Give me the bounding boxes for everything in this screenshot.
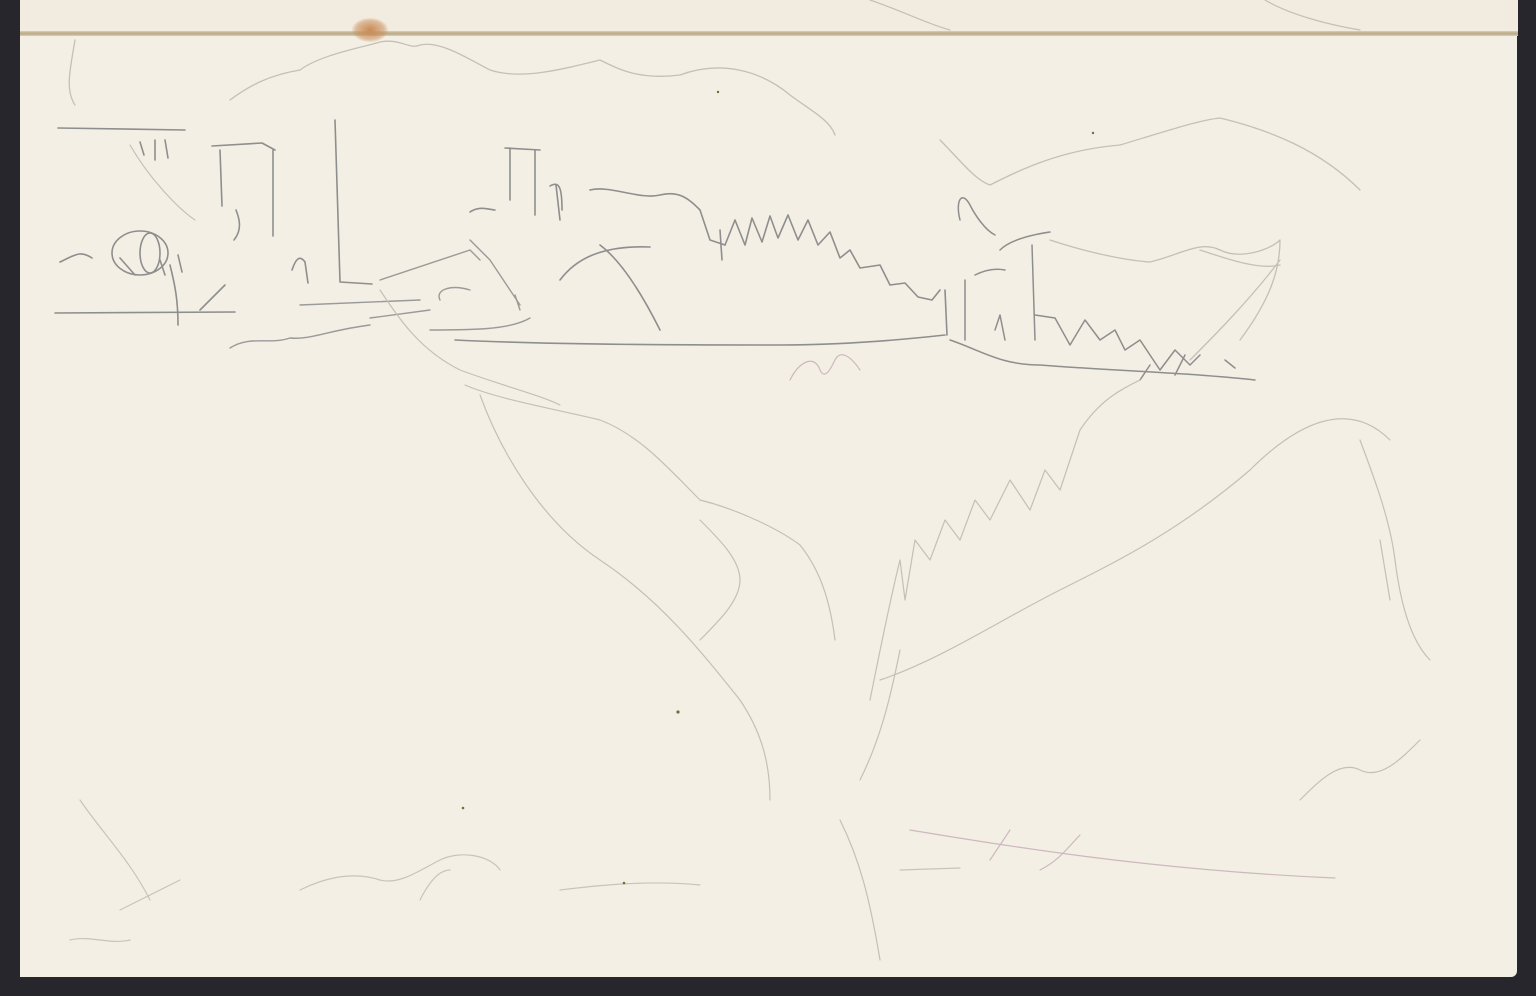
paper-specks <box>462 91 1095 885</box>
pencil-sketch <box>0 0 1536 996</box>
foreground-scribbles <box>790 355 1335 878</box>
town-center <box>455 148 947 345</box>
valley-lines <box>380 290 1430 960</box>
bottom-marks <box>70 800 960 941</box>
buildings-left <box>55 120 372 325</box>
hills-right <box>1050 240 1280 360</box>
town-right <box>950 198 1255 380</box>
shoreline-center <box>230 240 530 348</box>
mountain-outlines <box>69 40 1360 266</box>
